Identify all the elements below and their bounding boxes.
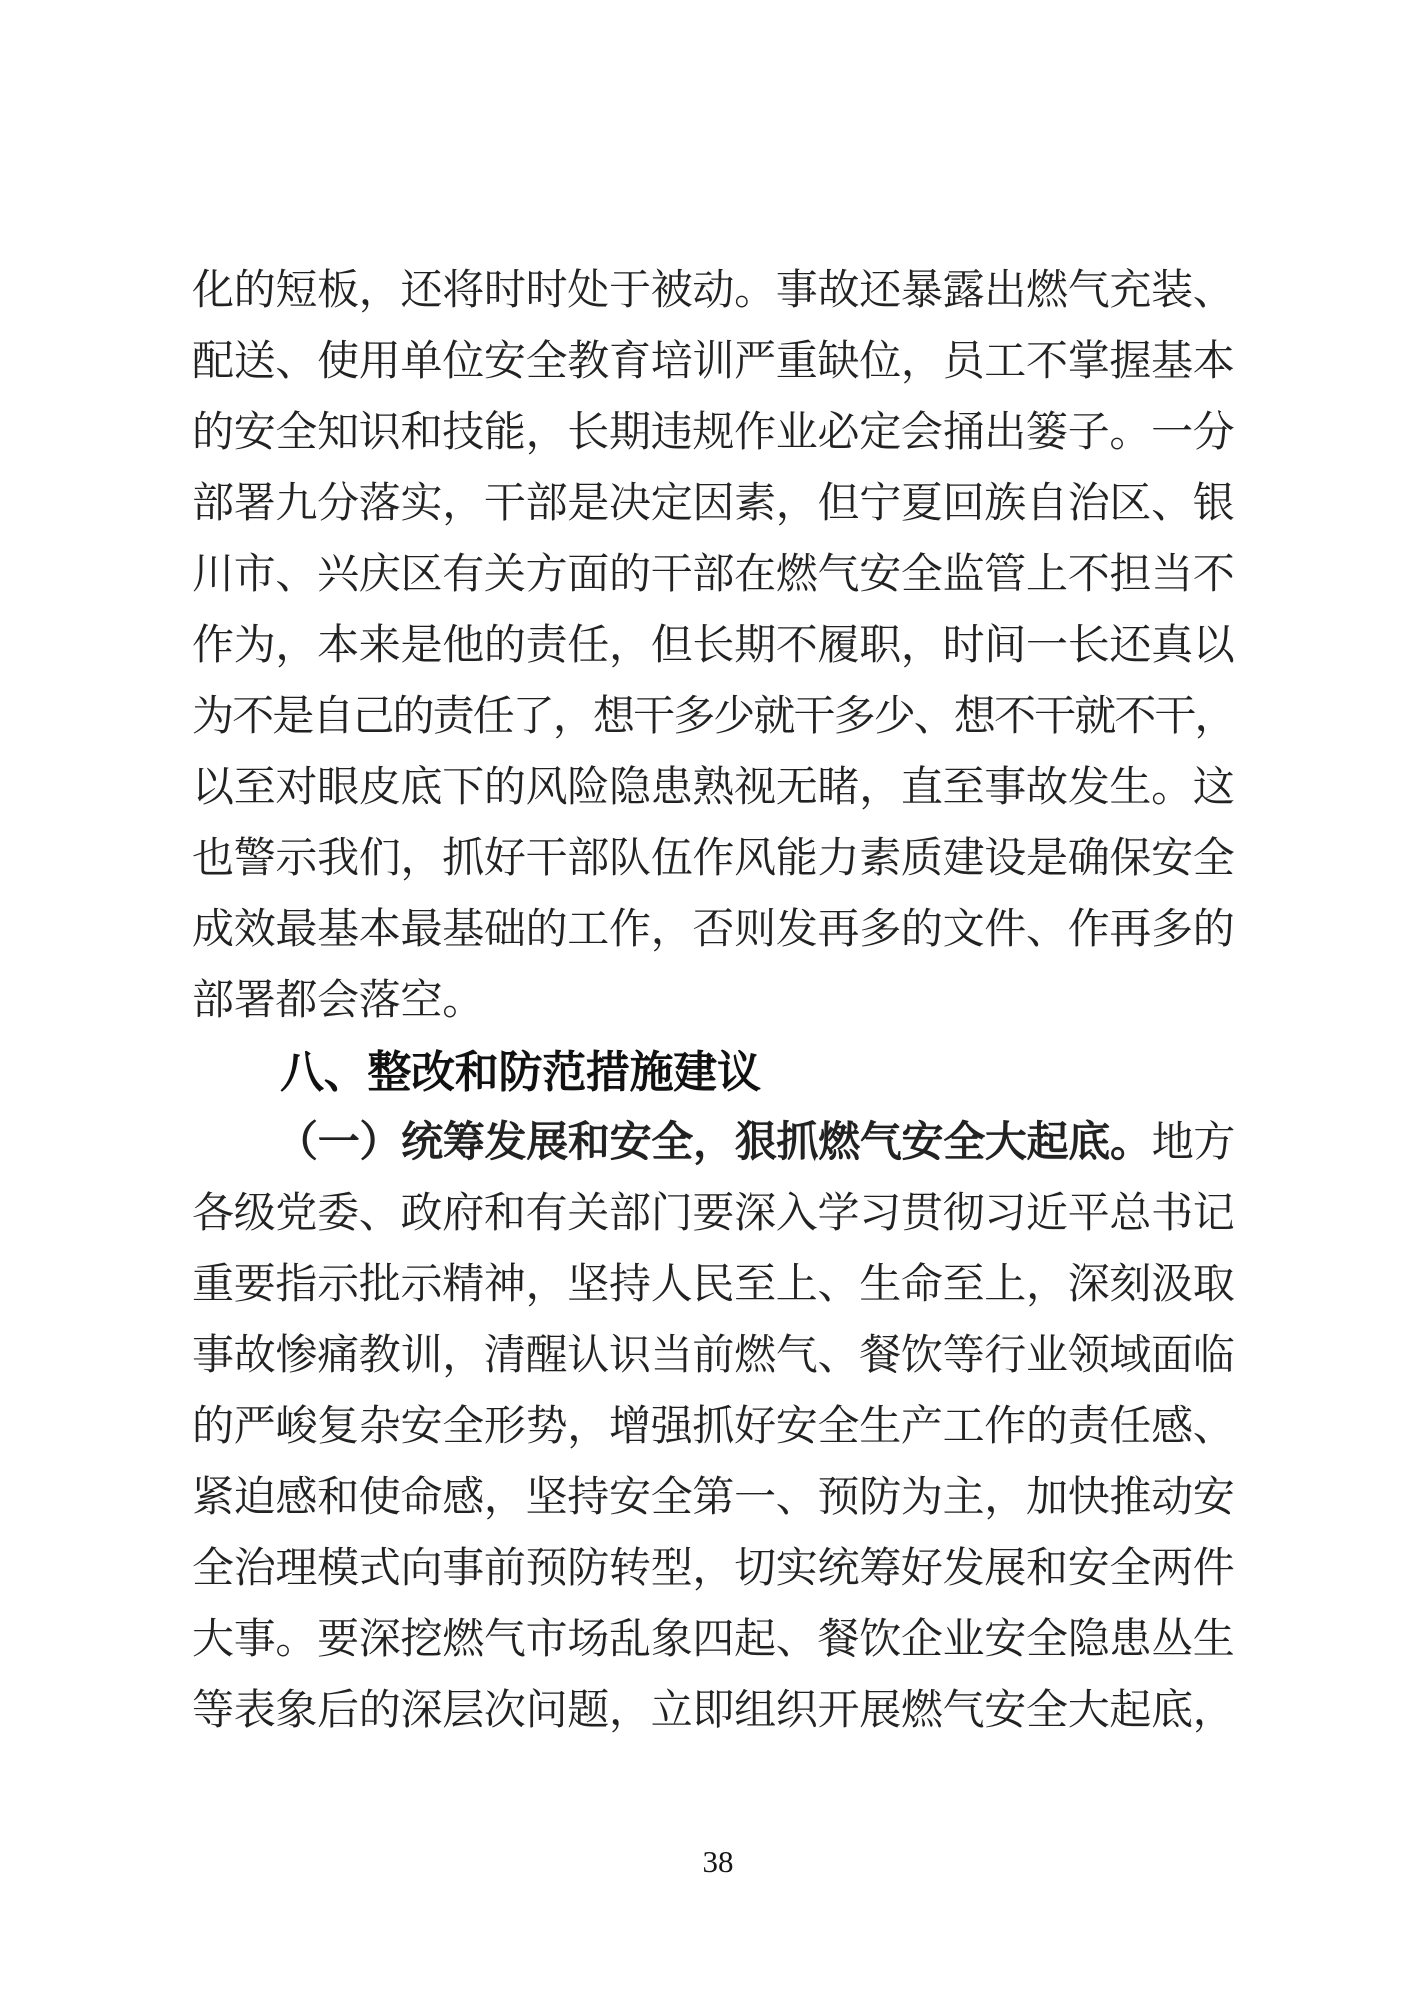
text-line: 各级党委、政府和有关部门要深入学习贯彻习近平总书记 (192, 1179, 1244, 1250)
page-number: 38 (192, 1842, 1244, 1882)
text-line: 成效最基本最基础的工作，否则发再多的文件、作再多的 (192, 895, 1244, 966)
text-line: 部署九分落实，干部是决定因素，但宁夏回族自治区、银 (192, 469, 1244, 540)
text-line: 以至对眼皮底下的风险隐患熟视无睹，直至事故发生。这 (192, 753, 1244, 824)
text-line: 的严峻复杂安全形势，增强抓好安全生产工作的责任感、 (192, 1392, 1244, 1463)
text-line: 为不是自己的责任了，想干多少就干多少、想不干就不干， (192, 682, 1244, 753)
text-line: 化的短板，还将时时处于被动。事故还暴露出燃气充装、 (192, 256, 1244, 327)
text-line: 川市、兴庆区有关方面的干部在燃气安全监管上不担当不 (192, 540, 1244, 611)
document-text: 化的短板，还将时时处于被动。事故还暴露出燃气充装、配送、使用单位安全教育培训严重… (192, 256, 1244, 1747)
text-line: 配送、使用单位安全教育培训严重缺位，员工不掌握基本 (192, 327, 1244, 398)
document-page: 化的短板，还将时时处于被动。事故还暴露出燃气充装、配送、使用单位安全教育培训严重… (0, 0, 1414, 2000)
text-line: 的安全知识和技能，长期违规作业必定会捅出篓子。一分 (192, 398, 1244, 469)
text-line: 紧迫感和使命感，坚持安全第一、预防为主，加快推动安 (192, 1463, 1244, 1534)
text-line: 也警示我们，抓好干部队伍作风能力素质建设是确保安全 (192, 824, 1244, 895)
text-line: 部署都会落空。 (192, 966, 1244, 1037)
text-line: （一）统筹发展和安全，狠抓燃气安全大起底。地方 (192, 1108, 1244, 1179)
item-title-bold: （一）统筹发展和安全，狠抓燃气安全大起底。 (276, 1120, 1152, 1166)
text-line: 等表象后的深层次问题，立即组织开展燃气安全大起底， (192, 1676, 1244, 1747)
text-line: 作为，本来是他的责任，但长期不履职，时间一长还真以 (192, 611, 1244, 682)
text-line: 事故惨痛教训，清醒认识当前燃气、餐饮等行业领域面临 (192, 1321, 1244, 1392)
text-line: 全治理模式向事前预防转型，切实统筹好发展和安全两件 (192, 1534, 1244, 1605)
text-line: 大事。要深挖燃气市场乱象四起、餐饮企业安全隐患丛生 (192, 1605, 1244, 1676)
section-heading: 八、整改和防范措施建议 (192, 1037, 1244, 1108)
text-line: 重要指示批示精神，坚持人民至上、生命至上，深刻汲取 (192, 1250, 1244, 1321)
